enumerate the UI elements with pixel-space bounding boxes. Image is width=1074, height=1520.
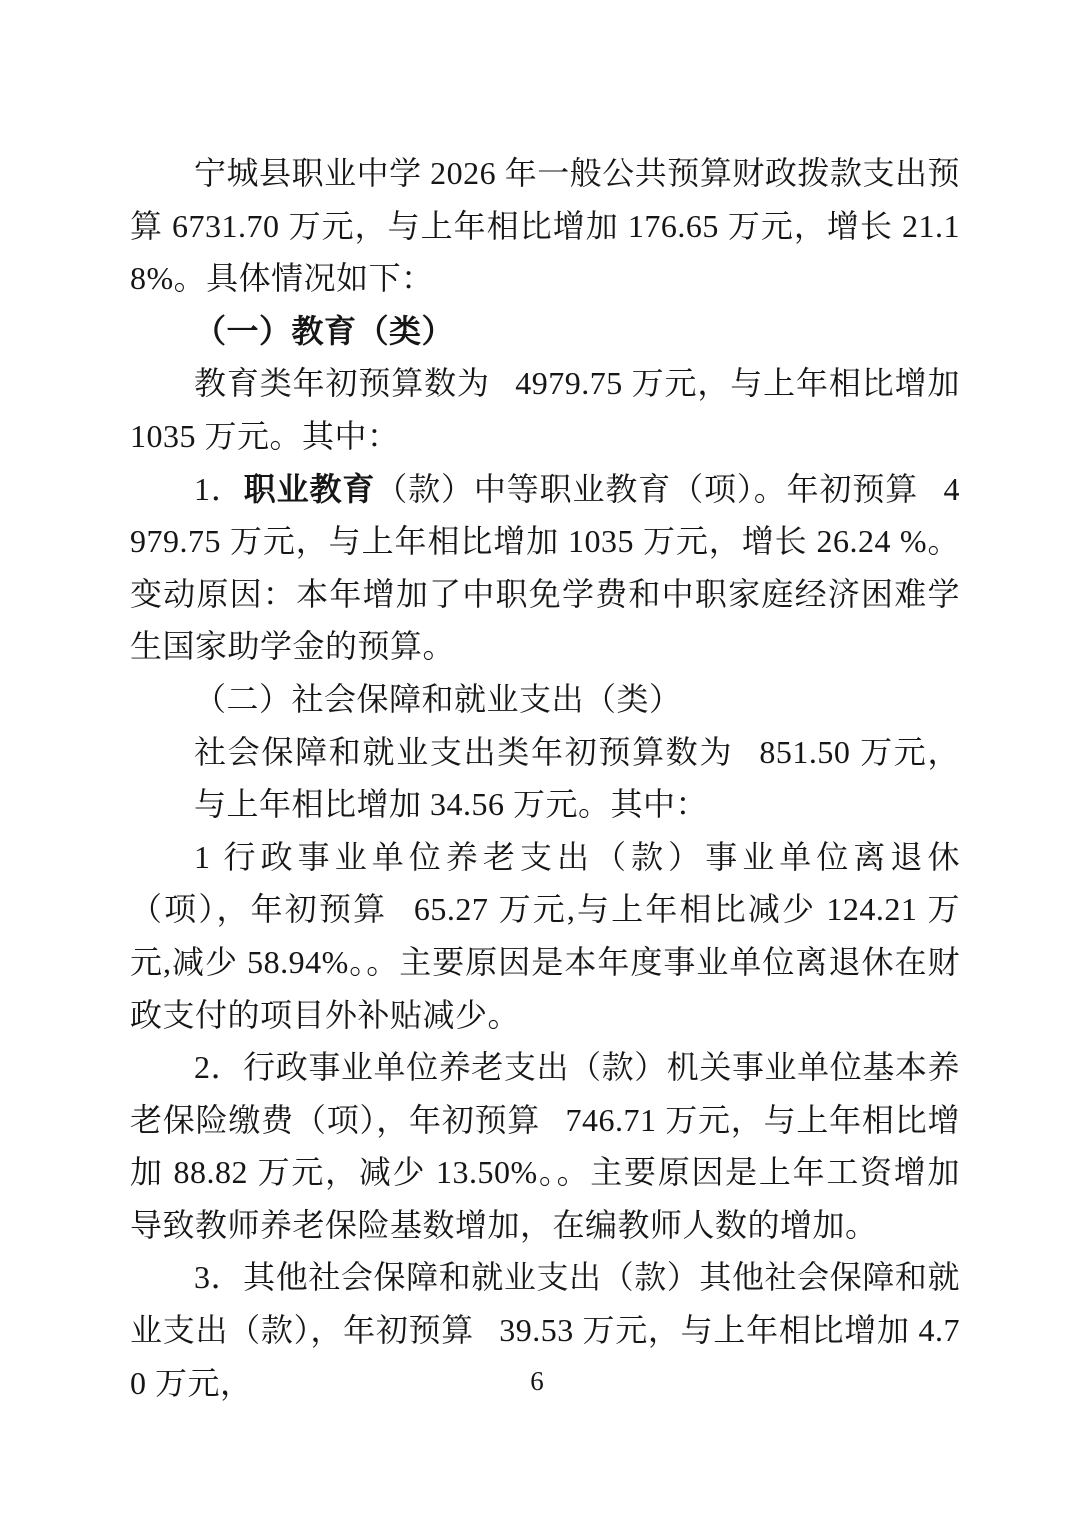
paragraph-item-vocational-education: 1．职业教育（款）中等职业教育（项）。年初预算 4979.75 万元，与上年相比… [130,463,960,673]
paragraph-text: 社会保障和就业支出类年初预算数为 851.50 万元，与上年相比增加 34.56… [194,734,960,823]
heading-education-class: （一）教育（类） [130,305,960,358]
item-number: 1． [194,471,244,507]
paragraph-education-summary: 教育类年初预算数为 4979.75 万元，与上年相比增加 1035 万元。其中： [130,357,960,462]
heading-text: （一）教育（类） [194,313,454,349]
paragraph-social-security-summary: 社会保障和就业支出类年初预算数为 851.50 万元，与上年相比增加 34.56… [130,726,960,831]
heading-text: （二）社会保障和就业支出（类） [194,681,682,717]
paragraph-item-pension-insurance: 2．行政事业单位养老支出（款）机关事业单位基本养老保险缴费（项），年初预算 74… [130,1041,960,1251]
paragraph-text: 2．行政事业单位养老支出（款）机关事业单位基本养老保险缴费（项），年初预算 74… [130,1049,960,1243]
item-term-bold: 职业教育 [244,471,376,507]
page-number: 6 [530,1366,544,1396]
document-page: 宁城县职业中学 2026 年一般公共预算财政拨款支出预算 6731.70 万元，… [0,0,1074,1520]
paragraph-budget-intro: 宁城县职业中学 2026 年一般公共预算财政拨款支出预算 6731.70 万元，… [130,147,960,305]
heading-social-security-class: （二）社会保障和就业支出（类） [130,673,960,726]
paragraph-text: 教育类年初预算数为 4979.75 万元，与上年相比增加 1035 万元。其中： [130,365,960,454]
page-footer: 6 [0,1366,1074,1397]
page-body: 宁城县职业中学 2026 年一般公共预算财政拨款支出预算 6731.70 万元，… [0,0,1074,1409]
paragraph-text: 宁城县职业中学 2026 年一般公共预算财政拨款支出预算 6731.70 万元，… [130,155,960,296]
paragraph-item-retirement: 1 行政事业单位养老支出（款）事业单位离退休（项），年初预算 65.27 万元,… [130,831,960,1041]
paragraph-text: 1 行政事业单位养老支出（款）事业单位离退休（项），年初预算 65.27 万元,… [130,839,960,1033]
